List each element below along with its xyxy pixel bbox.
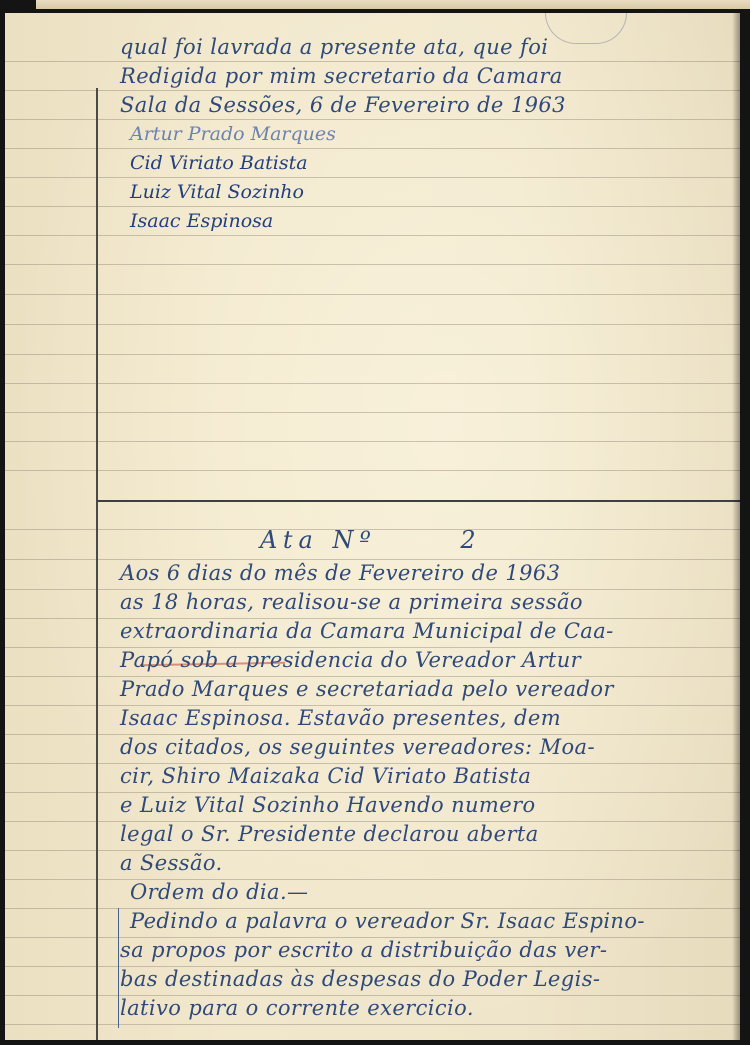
text-line: lativo para o corrente exercicio. <box>120 996 474 1020</box>
ruled-line <box>5 412 740 413</box>
text-line: Redigida por mim secretario da Camara <box>120 64 563 88</box>
text-line: legal o Sr. Presidente declarou aberta <box>120 822 539 846</box>
text-line: e Luiz Vital Sozinho Havendo numero <box>120 793 536 817</box>
text-line: cir, Shiro Maizaka Cid Viriato Batista <box>120 764 531 788</box>
text-line: sa propos por escrito a distribuição das… <box>120 938 607 962</box>
signature: Cid Viriato Batista <box>130 152 308 174</box>
text-line: qual foi lavrada a presente ata, que foi <box>120 35 548 59</box>
ledger-page: qual foi lavrada a presente ata, que foi… <box>5 13 740 1040</box>
text-line: Pedindo a palavra o vereador Sr. Isaac E… <box>130 909 645 933</box>
text-line: Sala da Sessões, 6 de Fevereiro de 1963 <box>120 93 566 117</box>
ruled-line <box>5 383 740 384</box>
text-line: Isaac Espinosa. Estavão presentes, dem <box>120 706 561 730</box>
ruled-line <box>5 879 740 880</box>
text-line: a Sessão. <box>120 851 223 875</box>
paragraph-bracket <box>118 908 119 1028</box>
margin-line <box>96 88 98 1040</box>
minutes-title: Ata Nº 2 <box>260 526 482 554</box>
adjacent-page-edge <box>36 0 750 9</box>
ruled-line <box>5 559 740 560</box>
ruled-line <box>5 206 740 207</box>
signature: Isaac Espinosa <box>130 210 273 232</box>
ruled-line <box>5 90 740 91</box>
text-line: extraordinaria da Camara Municipal de Ca… <box>120 619 614 643</box>
text-line: Aos 6 dias do mês de Fevereiro de 1963 <box>120 561 560 585</box>
pencil-scribble <box>545 13 627 44</box>
ruled-line <box>5 850 740 851</box>
ruled-line <box>5 441 740 442</box>
signature: Luiz Vital Sozinho <box>130 181 304 203</box>
ruled-line <box>5 1024 740 1025</box>
ruled-line <box>5 148 740 149</box>
text-line: Prado Marques e secretariada pelo veread… <box>120 677 614 701</box>
ruled-line <box>5 61 740 62</box>
section-divider <box>97 500 740 502</box>
ruled-line <box>5 119 740 120</box>
ruled-line <box>5 177 740 178</box>
text-line: as 18 horas, realisou-se a primeira sess… <box>120 590 583 614</box>
ruled-line <box>5 470 740 471</box>
ruled-line <box>5 264 740 265</box>
minutes-title-label: Ata Nº <box>260 526 377 554</box>
ruled-line <box>5 294 740 295</box>
text-line: dos citados, os seguintes vereadores: Mo… <box>120 735 595 759</box>
text-line: bas destinadas às despesas do Poder Legi… <box>120 967 600 991</box>
section-heading: Ordem do dia.— <box>130 880 308 904</box>
text-line: Papó sob a presidencia do Vereador Artur <box>120 648 581 672</box>
minutes-number: 2 <box>460 526 481 554</box>
ruled-line <box>5 324 740 325</box>
signature: Artur Prado Marques <box>130 123 336 145</box>
ruled-line <box>5 235 740 236</box>
ruled-line <box>5 354 740 355</box>
